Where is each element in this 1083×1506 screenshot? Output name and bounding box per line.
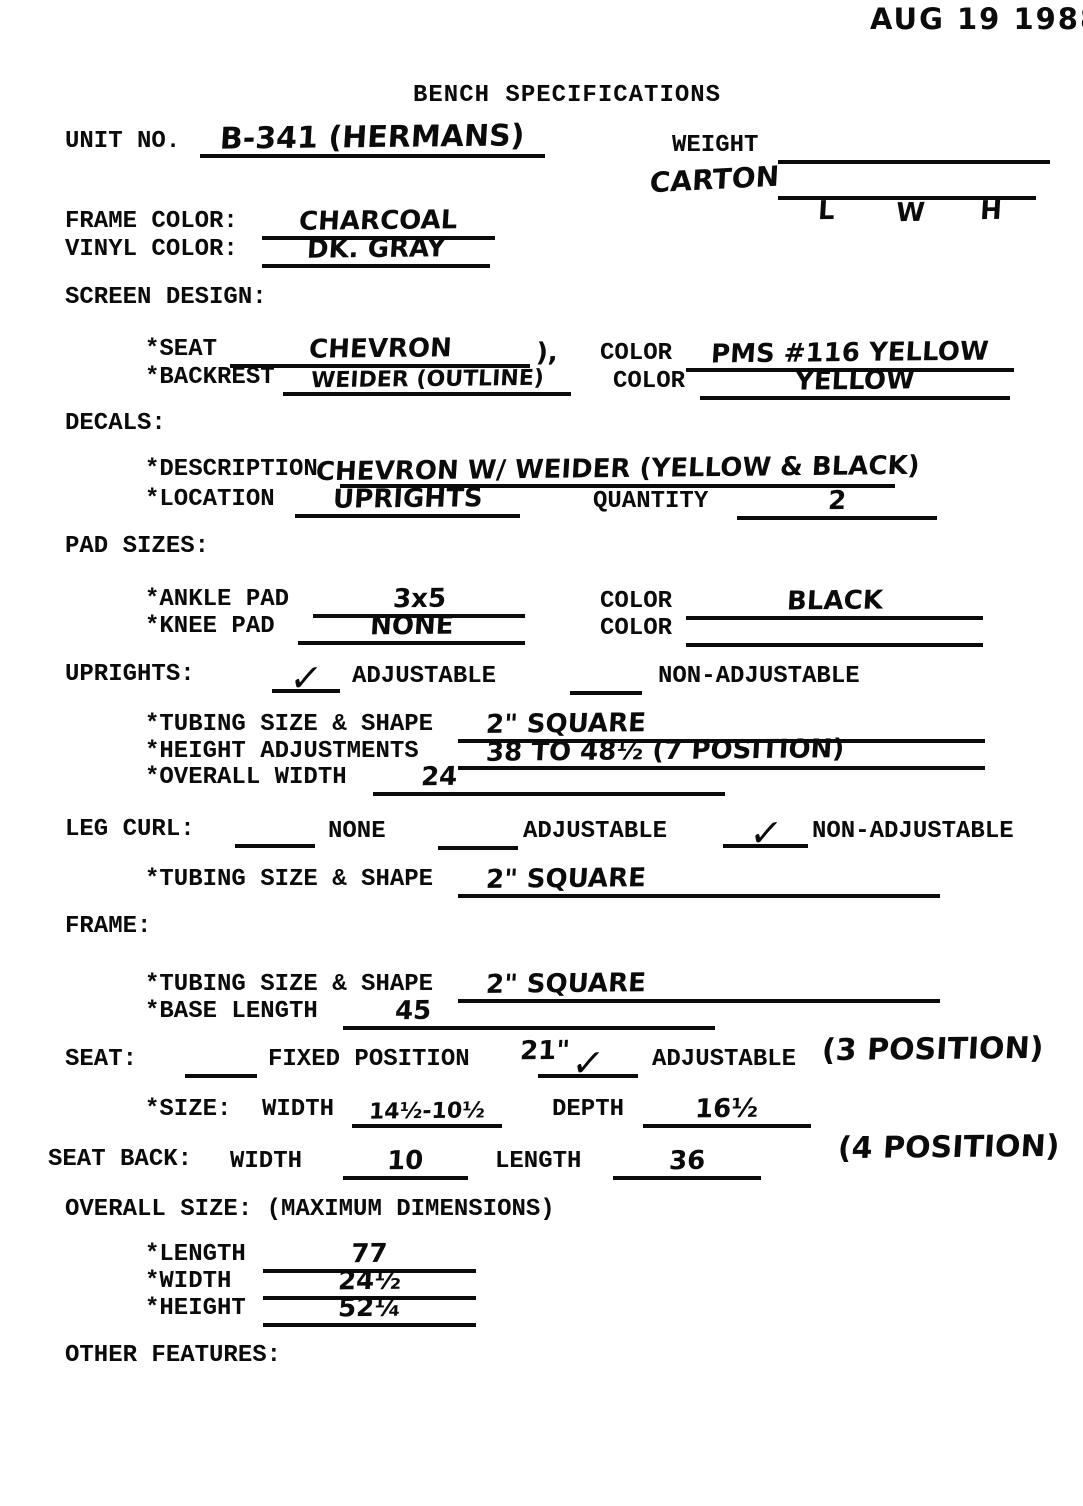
screen-backrest-field: WEIDER (OUTLINE) [283,358,571,396]
seat-adjustable-label: ADJUSTABLE [652,1046,796,1073]
frame-base-length-value: 45 [394,998,432,1027]
screen-backrest-value: WEIDER (OUTLINE) [310,367,544,394]
carton-field [778,162,1036,200]
seat-back-width-field: 10 [343,1142,468,1180]
seat-depth-value: 16½ [695,1095,760,1124]
uprights-nonadjustable-label: NON-ADJUSTABLE [658,663,860,690]
seat-back-position-note: (4 POSITION) [837,1131,1060,1166]
vinyl-color-value: DK. GRAY [306,235,446,265]
uprights-adjustable-checkline: ✓ [272,655,340,693]
decal-location-value: UPRIGHTS [332,485,483,515]
leg-curl-heading: LEG CURL: [65,816,195,843]
other-features-heading: OTHER FEATURES: [65,1342,281,1369]
decal-location-field: UPRIGHTS [295,480,520,518]
unit-no-label: UNIT NO. [65,128,180,155]
leg-curl-tubing-value: 2" SQUARE [485,865,647,895]
overall-height-field: 52¼ [263,1289,476,1327]
seat-depth-label: DEPTH [552,1096,624,1123]
uprights-overall-width-field: 24 [373,758,725,796]
screen-backrest-color-field: YELLOW [700,362,1010,400]
scanned-form-page: AUG 19 1988 BENCH SPECIFICATIONS UNIT NO… [0,0,1083,1506]
leg-curl-none-label: NONE [328,818,386,845]
weight-label: WEIGHT [672,132,758,159]
uprights-heading: UPRIGHTS: [65,661,195,688]
screen-backrest-color-label: COLOR [613,368,685,395]
screen-design-heading: SCREEN DESIGN: [65,284,267,311]
screen-backrest-label: *BACKREST [145,364,275,391]
uprights-adjustable-label: ADJUSTABLE [352,663,496,690]
leg-curl-adjustable-label: ADJUSTABLE [523,818,667,845]
decal-quantity-field: 2 [737,482,937,520]
leg-curl-none-checkline [235,810,315,848]
seat-width-field: 14½-10½ [352,1090,502,1128]
frame-color-label: FRAME COLOR: [65,208,238,235]
seat-fixed-checkline [185,1040,257,1078]
screen-seat-label: *SEAT [145,336,217,363]
knee-pad-label: *KNEE PAD [145,613,275,640]
seat-position-note: (3 POSITION) [821,1033,1044,1068]
decal-quantity-value: 2 [827,488,847,516]
carton-label: CARTON [649,162,780,199]
seat-width-value: 14½-10½ [368,1099,485,1124]
frame-base-length-label: *BASE LENGTH [145,998,318,1025]
seat-adjustable-checkline: ✓ [538,1040,638,1078]
decal-quantity-label: QUANTITY [593,488,708,515]
seat-size-label: *SIZE: [145,1096,231,1123]
seat-depth-field: 16½ [643,1090,811,1128]
uprights-tubing-label: *TUBING SIZE & SHAPE [145,711,433,738]
seat-heading: SEAT: [65,1046,137,1073]
overall-length-label: *LENGTH [145,1241,246,1268]
carton-dim-w: W [895,200,925,229]
frame-heading: FRAME: [65,913,151,940]
decals-heading: DECALS: [65,410,166,437]
knee-pad-value: NONE [369,612,454,641]
seat-adjustable-checkmark: ✓ [571,1053,606,1074]
leg-curl-nonadjustable-label: NON-ADJUSTABLE [812,818,1014,845]
seat-width-label: WIDTH [262,1096,334,1123]
weight-field [778,126,1050,164]
leg-curl-nonadjustable-checkline: ✓ [723,810,808,848]
vinyl-color-label: VINYL COLOR: [65,236,238,263]
seat-back-heading: SEAT BACK: [48,1146,192,1173]
screen-seat-color-label: COLOR [600,340,672,367]
ankle-pad-color-label: COLOR [600,588,672,615]
decal-description-label: *DESCRIPTION [145,456,318,483]
overall-width-label: *WIDTH [145,1268,231,1295]
vinyl-color-field: DK. GRAY [262,230,490,268]
screen-backrest-color-value: YELLOW [794,367,915,397]
overall-height-label: *HEIGHT [145,1295,246,1322]
decal-location-label: *LOCATION [145,486,275,513]
overall-height-value: 52¼ [337,1294,402,1323]
knee-pad-color-field [686,609,983,647]
seat-back-length-value: 36 [668,1148,706,1177]
date-stamp: AUG 19 1988 [870,2,1083,36]
leg-curl-tubing-field: 2" SQUARE [458,860,940,898]
seat-back-width-value: 10 [387,1148,425,1177]
uprights-nonadjustable-checkline [570,657,642,695]
uprights-adjustable-checkmark: ✓ [289,668,324,689]
unit-no-field: B-341 (HERMANS) [200,120,545,158]
overall-size-heading: OVERALL SIZE: (MAXIMUM DIMENSIONS) [65,1196,555,1223]
ankle-pad-label: *ANKLE PAD [145,586,289,613]
seat-back-width-label: WIDTH [230,1148,302,1175]
frame-base-length-field: 45 [343,992,715,1030]
uprights-overall-width-label: *OVERALL WIDTH [145,764,347,791]
carton-dim-h: H [979,198,1002,227]
pad-sizes-heading: PAD SIZES: [65,533,209,560]
page-title: BENCH SPECIFICATIONS [413,82,721,109]
knee-pad-field: NONE [298,607,525,645]
seat-back-length-field: 36 [613,1142,761,1180]
uprights-overall-width-value: 24 [420,764,458,793]
leg-curl-nonadjustable-checkmark: ✓ [748,823,783,844]
leg-curl-adjustable-checkline [438,812,518,850]
unit-no-value: B-341 (HERMANS) [219,120,525,156]
seat-fixed-label: FIXED POSITION [268,1046,470,1073]
leg-curl-tubing-label: *TUBING SIZE & SHAPE [145,866,433,893]
knee-pad-color-label: COLOR [600,615,672,642]
carton-dim-l: L [817,198,835,226]
seat-back-length-label: LENGTH [495,1148,581,1175]
